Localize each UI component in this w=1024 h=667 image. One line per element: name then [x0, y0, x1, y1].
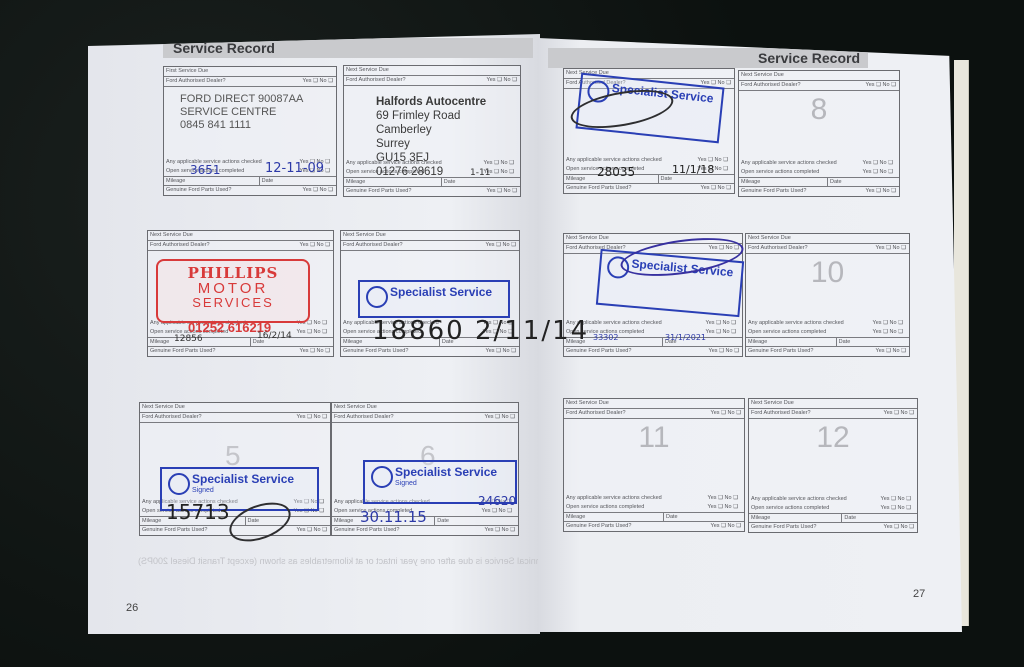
mileage-label: Mileage	[566, 514, 585, 520]
yes-no-checkbox[interactable]: Yes ❑ No ❑	[881, 504, 911, 513]
service-due-row: Next Service Due	[344, 66, 520, 76]
genuine-parts-row: Genuine Ford Parts Used?Yes ❑ No ❑	[332, 525, 518, 535]
dealer-line: 69 Frimley Road	[376, 109, 486, 123]
mileage-label: Mileage	[343, 339, 362, 345]
page-title: Service Record	[758, 50, 860, 66]
genuine-parts-row: Genuine Ford Parts Used?Yes ❑ No ❑	[749, 522, 917, 532]
label: Genuine Ford Parts Used?	[751, 524, 816, 530]
genuine-parts-row: Genuine Ford Parts Used?Yes ❑ No ❑	[344, 186, 520, 196]
dealer-label: Ford Authorised Dealer?	[346, 77, 406, 83]
yes-no-checkbox[interactable]: Yes ❑ No ❑	[482, 507, 512, 516]
dealer-row: Ford Authorised Dealer?Yes ❑ No ❑	[749, 409, 917, 419]
service-record-card: Next Service Due Ford Authorised Dealer?…	[563, 398, 745, 532]
mileage-label: Mileage	[566, 176, 585, 182]
mileage-label: Mileage	[741, 179, 760, 185]
date-handwritten: 16/2/14	[257, 331, 292, 341]
record-number: 12	[749, 421, 917, 455]
stamp-signed: Signed	[192, 487, 214, 494]
genuine-parts-row: Genuine Ford Parts Used?Yes ❑ No ❑	[148, 346, 333, 356]
label: Genuine Ford Parts Used?	[741, 188, 806, 194]
due-label: Next Service Due	[748, 235, 791, 241]
header-bar: Service Record	[163, 38, 533, 58]
label: Genuine Ford Parts Used?	[166, 187, 231, 193]
label: Open service actions completed	[751, 505, 829, 511]
dealer-row: Ford Authorised Dealer?Yes ❑ No ❑	[164, 77, 336, 87]
actions-checked-row: Any applicable service actions checkedYe…	[751, 495, 914, 504]
service-due-row: Next Service Due	[746, 234, 909, 244]
dealer-row: Ford Authorised Dealer?Yes ❑ No ❑	[332, 413, 518, 423]
yes-no-checkbox[interactable]: Yes ❑ No ❑	[487, 187, 517, 196]
actions-checked-row: Any applicable service actions checkedYe…	[748, 319, 906, 328]
label: Open service actions completed	[566, 504, 644, 510]
yes-no-checkbox[interactable]: Yes ❑ No ❑	[863, 168, 893, 177]
yes-no-checkbox[interactable]: Yes ❑ No ❑	[300, 241, 330, 250]
yes-no-checkbox[interactable]: Yes ❑ No ❑	[708, 503, 738, 512]
date: 2/11/14	[475, 316, 589, 346]
label: Any applicable service actions checked	[748, 320, 844, 326]
due-label: Next Service Due	[741, 72, 784, 78]
label: Any applicable service actions checked	[566, 157, 662, 163]
actions-completed-row: Open service actions completedYes ❑ No ❑	[751, 504, 914, 513]
yes-no-checkbox[interactable]: Yes ❑ No ❑	[876, 347, 906, 356]
yes-no-checkbox[interactable]: Yes ❑ No ❑	[706, 328, 736, 337]
stamp-title: Specialist Service	[390, 285, 492, 299]
yes-no-checkbox[interactable]: Yes ❑ No ❑	[303, 77, 333, 86]
yes-no-checkbox[interactable]: Yes ❑ No ❑	[485, 413, 515, 422]
yes-no-checkbox[interactable]: Yes ❑ No ❑	[884, 523, 914, 532]
due-label: First Service Due	[166, 68, 208, 74]
actions-completed-row: Open service actions completedYes ❑ No ❑	[748, 328, 906, 337]
fiat-logo-icon	[168, 473, 190, 495]
date-handwritten: 31/1/2021	[665, 333, 706, 342]
dealer-label: Ford Authorised Dealer?	[343, 242, 403, 248]
yes-no-checkbox[interactable]: Yes ❑ No ❑	[866, 81, 896, 90]
mileage-label: Mileage	[142, 518, 161, 524]
yes-no-checkbox[interactable]: Yes ❑ No ❑	[297, 526, 327, 535]
genuine-parts-row: Genuine Ford Parts Used?Yes ❑ No ❑	[341, 346, 519, 356]
stamp-line: SERVICES	[158, 296, 308, 310]
genuine-parts-row: Genuine Ford Parts Used?Yes ❑ No ❑	[739, 186, 899, 196]
mileage-handwritten: 15713	[166, 500, 230, 524]
label: Any applicable service actions checked	[751, 496, 847, 502]
service-due-row: Next Service Due	[140, 403, 330, 413]
yes-no-checkbox[interactable]: Yes ❑ No ❑	[709, 347, 739, 356]
label: Genuine Ford Parts Used?	[748, 348, 813, 354]
date-handwritten: 1-11	[470, 168, 490, 178]
page-number: 26	[126, 602, 138, 614]
dealer-label: Ford Authorised Dealer?	[748, 245, 808, 251]
dealer-label: Ford Authorised Dealer?	[142, 414, 202, 420]
label: Genuine Ford Parts Used?	[566, 185, 631, 191]
dealer-label: Ford Authorised Dealer?	[334, 414, 394, 420]
label: Genuine Ford Parts Used?	[343, 348, 408, 354]
dealer-label: Ford Authorised Dealer?	[150, 242, 210, 248]
yes-no-checkbox[interactable]: Yes ❑ No ❑	[863, 159, 893, 168]
date-handwritten: 11/1/18	[672, 163, 714, 176]
yes-no-checkbox[interactable]: Yes ❑ No ❑	[876, 244, 906, 253]
mileage-handwritten: 12856	[174, 334, 203, 344]
mileage-handwritten: 24620	[478, 494, 516, 508]
dealer-label: Ford Authorised Dealer?	[751, 410, 811, 416]
mileage-label: Mileage	[748, 339, 767, 345]
actions-checked-row: Any applicable service actions checkedYe…	[566, 319, 739, 328]
yes-no-checkbox[interactable]: Yes ❑ No ❑	[873, 328, 903, 337]
fiat-logo-icon	[371, 466, 393, 488]
yes-no-checkbox[interactable]: Yes ❑ No ❑	[485, 526, 515, 535]
record-number: 8	[739, 93, 899, 127]
dealer-row: Ford Authorised Dealer?Yes ❑ No ❑	[341, 241, 519, 251]
due-label: Next Service Due	[150, 232, 193, 238]
page-number: 27	[913, 588, 925, 600]
yes-no-checkbox[interactable]: Yes ❑ No ❑	[701, 184, 731, 193]
actions-completed-row: Open service actions completedYes ❑ No ❑	[566, 328, 739, 337]
yes-no-checkbox[interactable]: Yes ❑ No ❑	[884, 409, 914, 418]
mileage-date-handwritten: 18860 2/11/14	[372, 316, 589, 346]
dealer-line: 0845 841 1111	[180, 119, 303, 132]
dealer-line: SERVICE CENTRE	[180, 106, 303, 119]
actions-checked-row: Any applicable service actions checkedYe…	[566, 494, 741, 503]
yes-no-checkbox[interactable]: Yes ❑ No ❑	[300, 347, 330, 356]
dealer-address-1: FORD DIRECT 90087AA SERVICE CENTRE 0845 …	[180, 93, 303, 132]
mileage-handwritten: 28035	[597, 165, 635, 179]
yes-no-checkbox[interactable]: Yes ❑ No ❑	[486, 241, 516, 250]
label: Genuine Ford Parts Used?	[142, 527, 207, 533]
mileage: 18860	[372, 316, 465, 346]
service-due-row: Next Service Due	[749, 399, 917, 409]
dealer-line: Surrey	[376, 137, 486, 151]
yes-no-checkbox[interactable]: Yes ❑ No ❑	[711, 409, 741, 418]
label: Open service actions completed	[748, 329, 826, 335]
phillips-stamp: PHILLIPS MOTOR SERVICES	[156, 259, 310, 323]
yes-no-checkbox[interactable]: Yes ❑ No ❑	[711, 522, 741, 531]
due-label: Next Service Due	[566, 235, 609, 241]
label: Genuine Ford Parts Used?	[346, 188, 411, 194]
service-due-row: Next Service Due	[341, 231, 519, 241]
dealer-label: Ford Authorised Dealer?	[741, 82, 801, 88]
service-record-card: Next Service Due Ford Authorised Dealer?…	[748, 398, 918, 533]
fiat-logo-icon	[366, 286, 388, 308]
yes-no-checkbox[interactable]: Yes ❑ No ❑	[866, 187, 896, 196]
actions-completed-row: Open service actions completedYes ❑ No ❑	[741, 168, 896, 177]
yes-no-checkbox[interactable]: Yes ❑ No ❑	[706, 319, 736, 328]
label: Any applicable service actions checked	[566, 495, 662, 501]
due-label: Next Service Due	[346, 67, 389, 73]
dealer-line: GU15 3EJ	[376, 151, 486, 165]
date-handwritten: 12-11-09	[265, 161, 324, 176]
dealer-row: Ford Authorised Dealer?Yes ❑ No ❑	[140, 413, 330, 423]
stamp-title: Specialist Service	[395, 465, 497, 479]
yes-no-checkbox[interactable]: Yes ❑ No ❑	[484, 159, 514, 168]
due-label: Next Service Due	[343, 232, 386, 238]
genuine-parts-row: Genuine Ford Parts Used?Yes ❑ No ❑	[164, 185, 336, 195]
service-record-card: Next Service Due Ford Authorised Dealer?…	[738, 70, 900, 197]
service-due-row: Next Service Due	[739, 71, 899, 81]
mileage-label: Mileage	[346, 179, 365, 185]
yes-no-checkbox[interactable]: Yes ❑ No ❑	[486, 347, 516, 356]
dealer-row: Ford Authorised Dealer?Yes ❑ No ❑	[344, 76, 520, 86]
mileage-label: Mileage	[150, 339, 169, 345]
actions-completed-row: Open service actions completedYes ❑ No ❑	[566, 503, 741, 512]
label: Genuine Ford Parts Used?	[334, 527, 399, 533]
genuine-parts-row: Genuine Ford Parts Used?Yes ❑ No ❑	[564, 346, 742, 356]
service-record-card: Next Service Due Ford Authorised Dealer?…	[745, 233, 910, 357]
service-due-row: Next Service Due	[564, 399, 744, 409]
dealer-address-2: Halfords Autocentre 69 Frimley Road Camb…	[376, 95, 486, 179]
mileage-label: Mileage	[334, 518, 353, 524]
yes-no-checkbox[interactable]: Yes ❑ No ❑	[873, 319, 903, 328]
label: Any applicable service actions checked	[741, 160, 837, 166]
mileage-handwritten: 33302	[593, 333, 618, 342]
due-label: Next Service Due	[142, 404, 185, 410]
genuine-parts-row: Genuine Ford Parts Used?Yes ❑ No ❑	[564, 183, 734, 193]
date-handwritten: 30.11.15	[360, 508, 427, 526]
mileage-handwritten: 3651	[190, 163, 221, 177]
due-label: Next Service Due	[334, 404, 377, 410]
specialist-stamp-4: Specialist Service	[358, 280, 510, 318]
dealer-label: Ford Authorised Dealer?	[166, 78, 226, 84]
mileage-label: Mileage	[751, 515, 770, 521]
label: Genuine Ford Parts Used?	[566, 348, 631, 354]
record-number: 11	[564, 421, 744, 455]
header-bar: Service Record	[548, 48, 868, 68]
service-due-row: First Service Due	[164, 67, 336, 77]
actions-checked-row: Any applicable service actions checkedYe…	[741, 159, 896, 168]
genuine-parts-row: Genuine Ford Parts Used?Yes ❑ No ❑	[564, 521, 744, 531]
due-label: Next Service Due	[751, 400, 794, 406]
yes-no-checkbox[interactable]: Yes ❑ No ❑	[297, 413, 327, 422]
yes-no-checkbox[interactable]: Yes ❑ No ❑	[708, 494, 738, 503]
dealer-row: Ford Authorised Dealer?Yes ❑ No ❑	[564, 409, 744, 419]
yes-no-checkbox[interactable]: Yes ❑ No ❑	[303, 186, 333, 195]
label: Genuine Ford Parts Used?	[566, 523, 631, 529]
dealer-row: Ford Authorised Dealer?Yes ❑ No ❑	[148, 241, 333, 251]
page-title: Service Record	[173, 40, 275, 56]
dealer-line: FORD DIRECT 90087AA	[180, 93, 303, 106]
mileage-label: Mileage	[166, 178, 185, 184]
service-due-row: Next Service Due	[148, 231, 333, 241]
yes-no-checkbox[interactable]: Yes ❑ No ❑	[881, 495, 911, 504]
dealer-line: Camberley	[376, 123, 486, 137]
yes-no-checkbox[interactable]: Yes ❑ No ❑	[297, 328, 327, 337]
stamp-title: Specialist Service	[192, 472, 294, 486]
due-label: Next Service Due	[566, 400, 609, 406]
genuine-parts-row: Genuine Ford Parts Used?Yes ❑ No ❑	[746, 346, 909, 356]
dealer-row: Ford Authorised Dealer?Yes ❑ No ❑	[746, 244, 909, 254]
service-due-row: Next Service Due	[332, 403, 518, 413]
dealer-line: Halfords Autocentre	[376, 95, 486, 109]
dealer-row: Ford Authorised Dealer?Yes ❑ No ❑	[739, 81, 899, 91]
dealer-label: Ford Authorised Dealer?	[566, 410, 626, 416]
stamp-signed: Signed	[395, 480, 417, 487]
label: Open service actions completed	[741, 169, 819, 175]
record-number: 10	[746, 256, 909, 290]
stamp-line: MOTOR	[158, 282, 308, 296]
yes-no-checkbox[interactable]: Yes ❑ No ❑	[487, 76, 517, 85]
label: Genuine Ford Parts Used?	[150, 348, 215, 354]
